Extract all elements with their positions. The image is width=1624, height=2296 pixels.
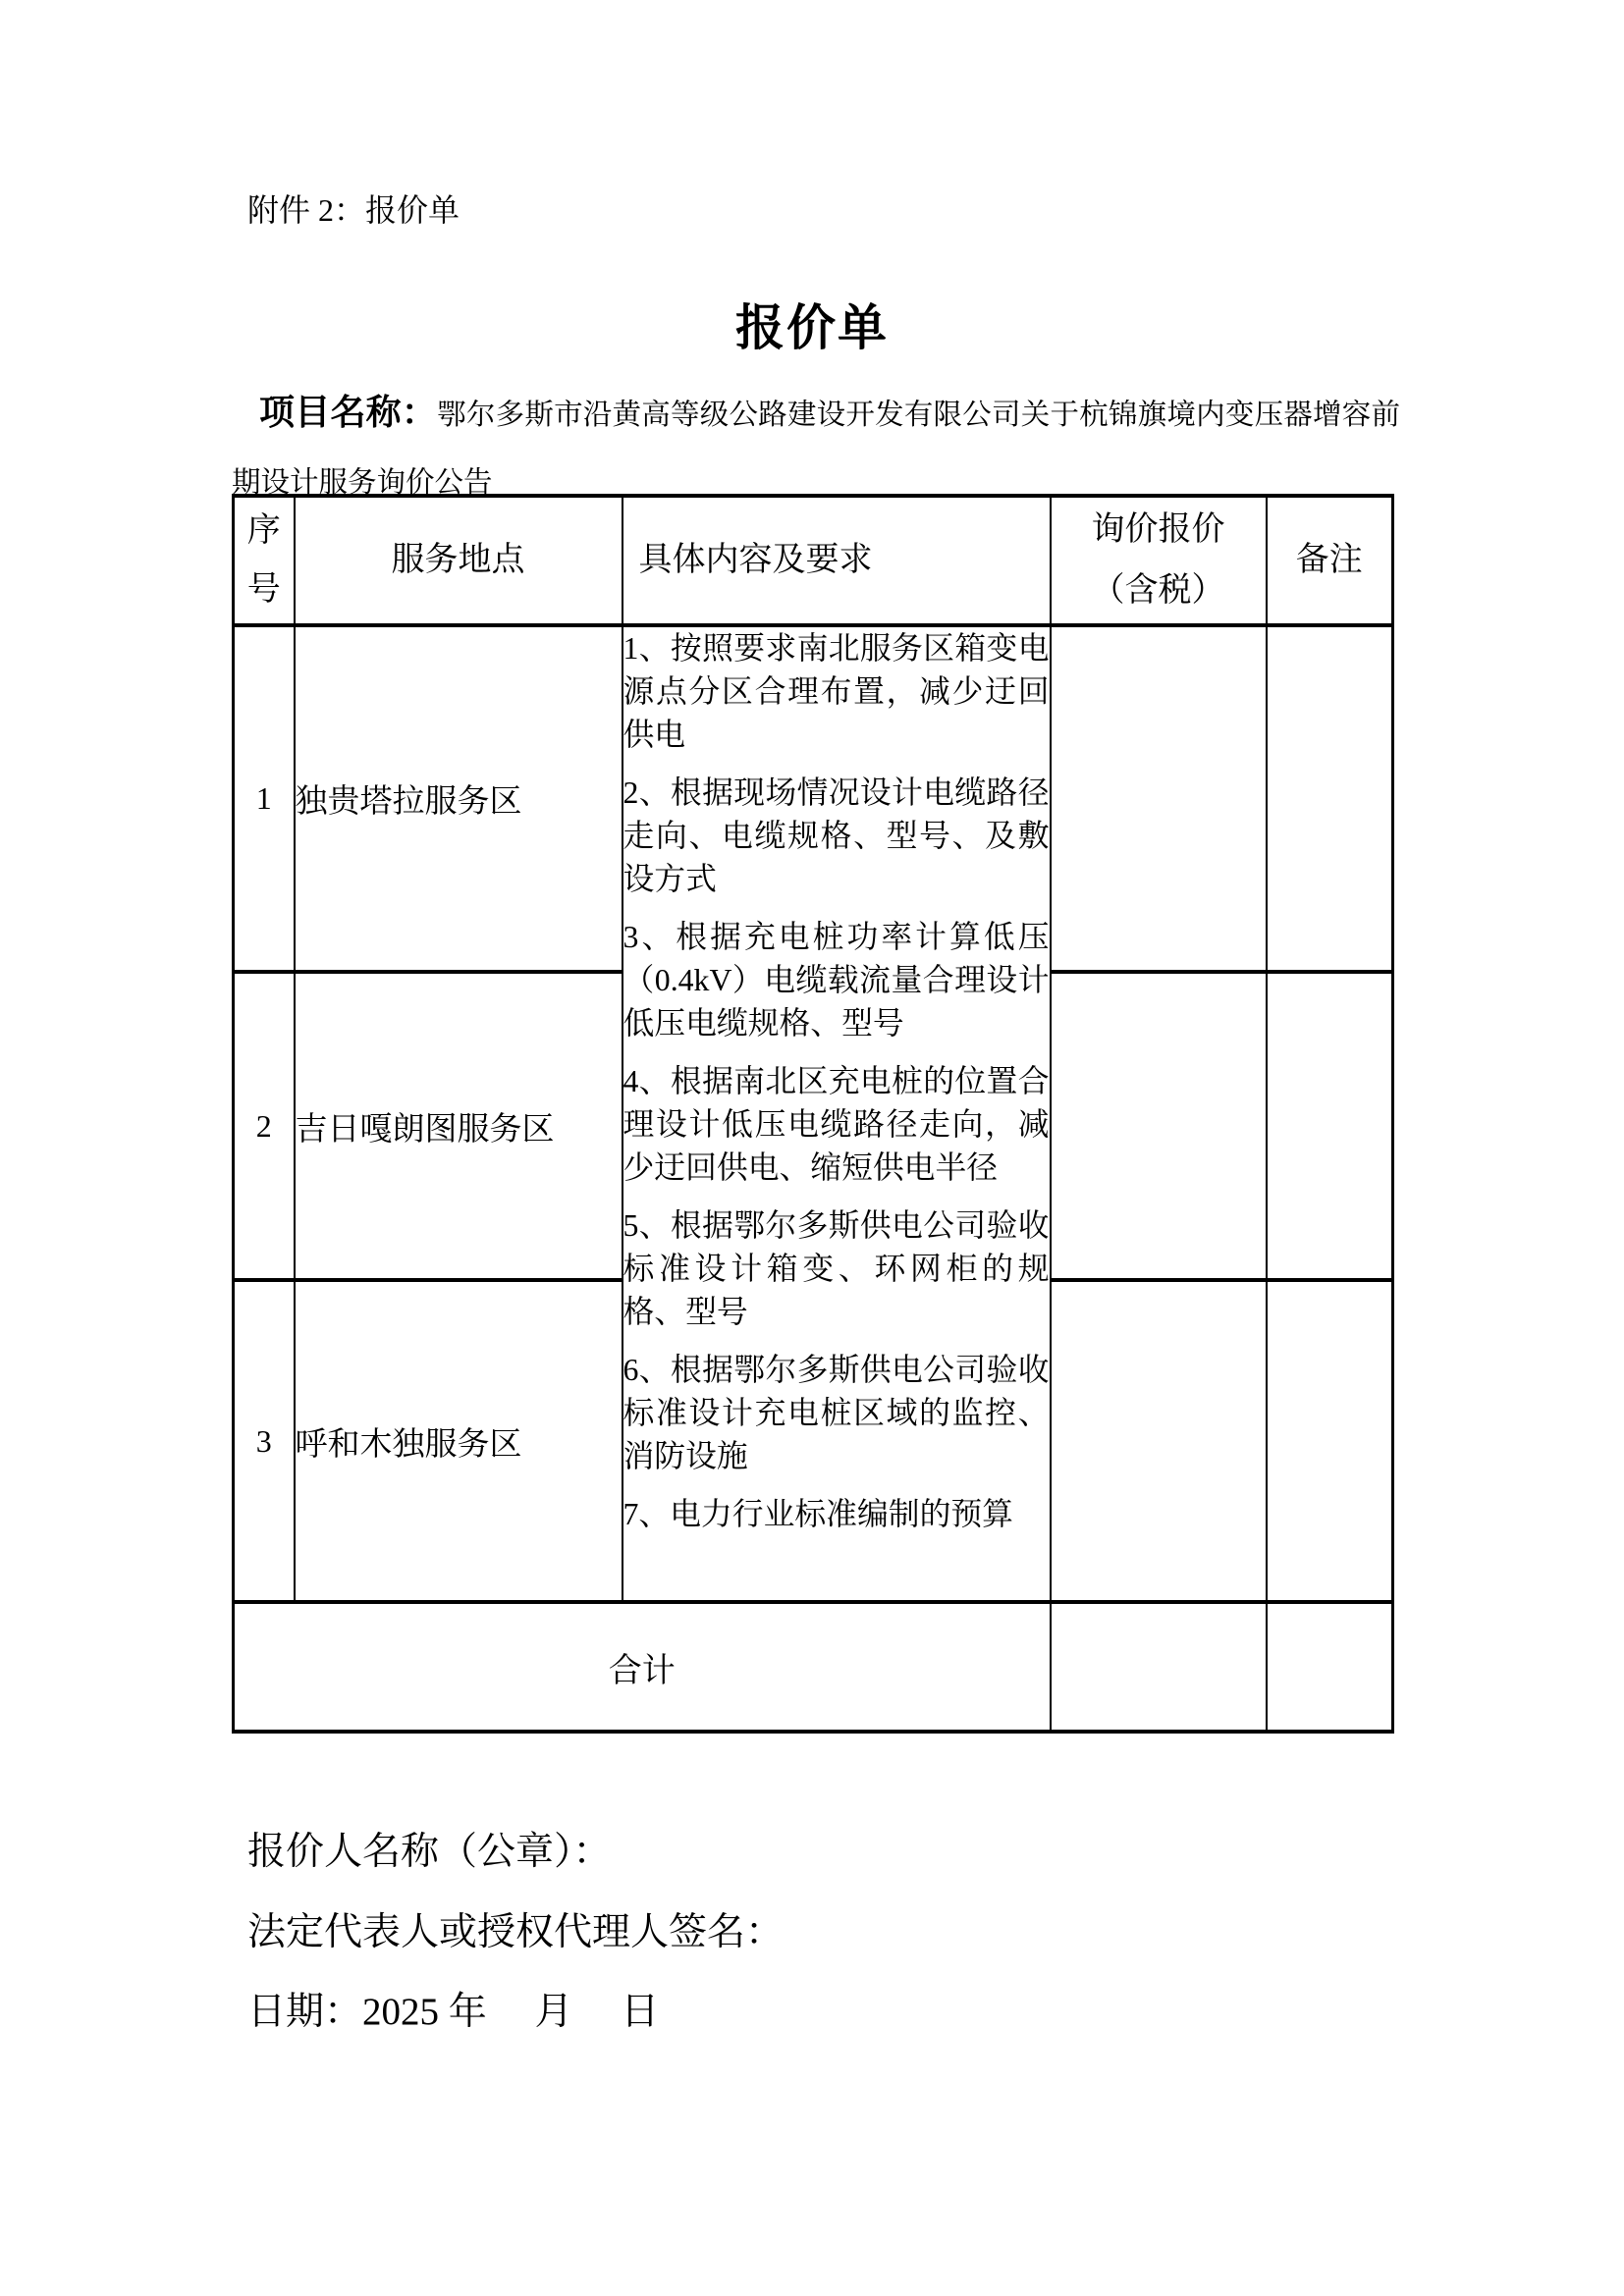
column-header-price-line2: （含税） [1052,561,1266,621]
document-page: 附件 2：报价单 报价单 项目名称：鄂尔多斯市沿黄高等级公路建设开发有限公司关于… [0,0,1624,2296]
column-header-remark: 备注 [1267,496,1393,625]
column-header-content: 具体内容及要求 [623,496,1051,625]
column-header-price-line1: 询价报价 [1052,500,1266,561]
table-total-row: 合计 [234,1602,1393,1732]
content-item-7: 7、电力行业标准编制的预算 [623,1493,1050,1536]
row-3-index: 3 [234,1280,295,1602]
content-item-1: 1、按照要求南北服务区箱变电源点分区合理布置，减少迂回供电 [623,627,1050,757]
content-item-3: 3、根据充电桩功率计算低压（0.4kV）电缆载流量合理设计低压电缆规格、型号 [623,916,1050,1045]
content-item-6: 6、根据鄂尔多斯供电公司验收标准设计充电桩区域的监控、消防设施 [623,1349,1050,1478]
bidder-name-line: 报价人名称（公章）： [247,1830,612,1875]
column-header-location: 服务地点 [295,496,623,625]
row-1-index: 1 [234,625,295,972]
content-item-5: 5、根据鄂尔多斯供电公司验收标准设计箱变、环网柜的规格、型号 [623,1204,1050,1334]
date-line: 日期：2025 年 月 日 [247,1990,659,2035]
table-header-row: 序号 服务地点 具体内容及要求 询价报价 （含税） 备注 [234,496,1393,625]
row-3-location: 呼和木独服务区 [295,1280,623,1602]
legal-representative-line: 法定代表人或授权代理人签名： [247,1910,784,1955]
column-header-price: 询价报价 （含税） [1051,496,1267,625]
content-requirements-cell: 1、按照要求南北服务区箱变电源点分区合理布置，减少迂回供电 2、根据现场情况设计… [623,625,1051,1602]
row-1-price-cell [1051,625,1267,972]
content-item-4: 4、根据南北区充电桩的位置合理设计低压电缆路径走向，减少迂回供电、缩短供电半径 [623,1060,1050,1190]
column-header-index: 序号 [234,496,295,625]
total-label-cell: 合计 [234,1602,1051,1732]
attachment-label: 附件 2：报价单 [247,190,460,230]
row-2-price-cell [1051,972,1267,1280]
row-1-remark-cell [1267,625,1393,972]
row-2-index: 2 [234,972,295,1280]
project-name-label: 项目名称： [259,393,437,432]
content-item-2: 2、根据现场情况设计电缆路径走向、电缆规格、型号、及敷设方式 [623,772,1050,901]
quotation-table: 序号 服务地点 具体内容及要求 询价报价 （含税） 备注 1 独贵塔拉服务区 1… [232,494,1394,1734]
total-remark-cell [1267,1602,1393,1732]
row-1-location: 独贵塔拉服务区 [295,625,623,972]
row-3-remark-cell [1267,1280,1393,1602]
row-3-price-cell [1051,1280,1267,1602]
row-2-location: 吉日嘎朗图服务区 [295,972,623,1280]
table-row-1: 1 独贵塔拉服务区 1、按照要求南北服务区箱变电源点分区合理布置，减少迂回供电 … [234,625,1393,972]
page-title: 报价单 [0,289,1624,359]
total-price-cell [1051,1602,1267,1732]
row-2-remark-cell [1267,972,1393,1280]
